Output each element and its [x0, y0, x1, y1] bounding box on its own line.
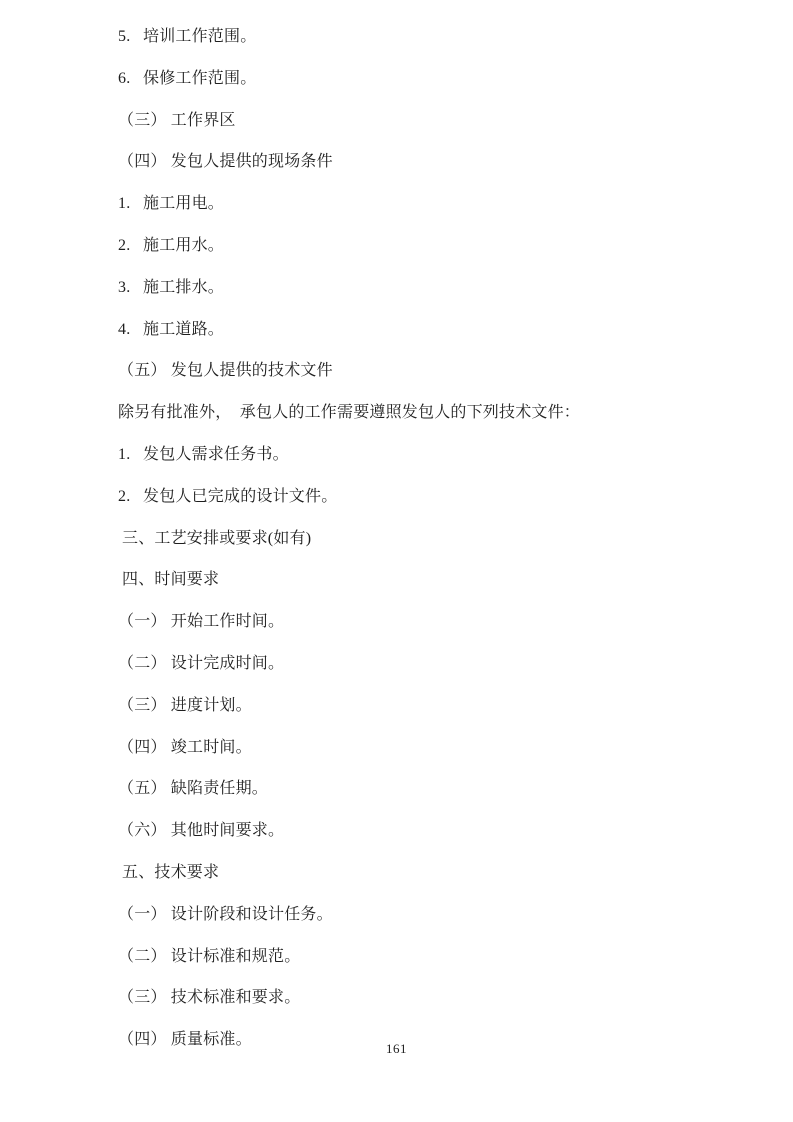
list-item: 1. 发包人需求任务书。	[0, 434, 793, 476]
list-item: 5. 培训工作范围。	[0, 16, 793, 58]
section-heading: （五） 发包人提供的技术文件	[0, 350, 793, 392]
section-heading: （五） 缺陷责任期。	[0, 768, 793, 810]
list-item: 2. 发包人已完成的设计文件。	[0, 476, 793, 518]
section-heading: （三） 技术标准和要求。	[0, 977, 793, 1019]
section-heading: （三） 工作界区	[0, 100, 793, 142]
list-item: 1. 施工用电。	[0, 183, 793, 225]
section-heading: （一） 设计阶段和设计任务。	[0, 894, 793, 936]
chapter-heading: 四、时间要求	[0, 559, 793, 601]
document-page: 5. 培训工作范围。 6. 保修工作范围。 （三） 工作界区 （四） 发包人提供…	[0, 0, 793, 1122]
section-heading: （三） 进度计划。	[0, 685, 793, 727]
list-item: 3. 施工排水。	[0, 267, 793, 309]
section-heading: （一） 开始工作时间。	[0, 601, 793, 643]
section-heading: （二） 设计完成时间。	[0, 643, 793, 685]
chapter-heading: 三、工艺安排或要求(如有)	[0, 518, 793, 560]
section-heading: （四） 发包人提供的现场条件	[0, 141, 793, 183]
section-heading: （四） 竣工时间。	[0, 727, 793, 769]
section-heading: （六） 其他时间要求。	[0, 810, 793, 852]
list-item: 4. 施工道路。	[0, 309, 793, 351]
section-heading: （二） 设计标准和规范。	[0, 936, 793, 978]
list-item: 2. 施工用水。	[0, 225, 793, 267]
paragraph: 除另有批准外， 承包人的工作需要遵照发包人的下列技术文件：	[0, 392, 793, 434]
list-item: 6. 保修工作范围。	[0, 58, 793, 100]
document-body: 5. 培训工作范围。 6. 保修工作范围。 （三） 工作界区 （四） 发包人提供…	[0, 16, 793, 1061]
chapter-heading: 五、技术要求	[0, 852, 793, 894]
page-number: 161	[0, 1041, 793, 1057]
